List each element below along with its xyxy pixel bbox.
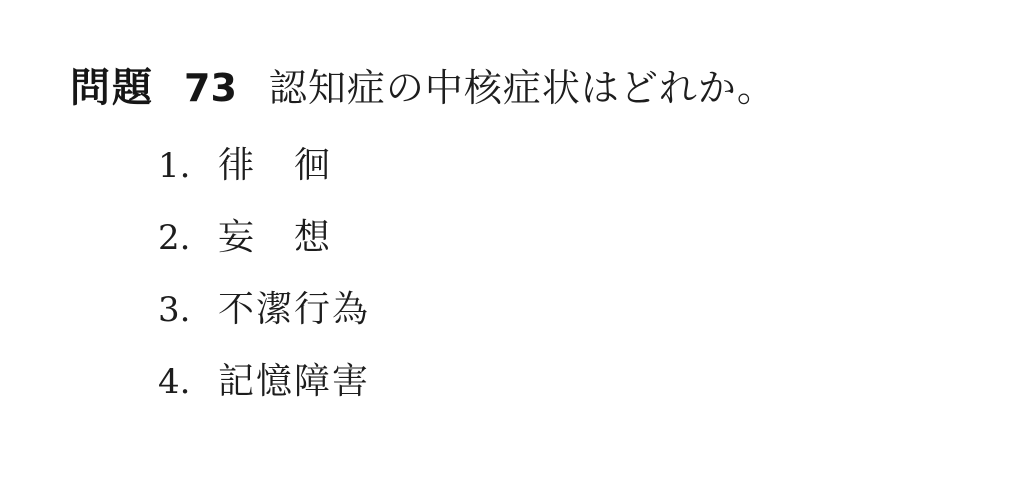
option-1: 1. 徘 徊	[158, 146, 332, 186]
option-3: 3. 不潔行為	[158, 290, 370, 330]
question-label: 問題	[70, 66, 154, 110]
question-number: 73	[184, 68, 237, 110]
option-4: 4. 記憶障害	[158, 362, 370, 402]
question-text: 認知症の中核症状はどれか。	[269, 68, 776, 110]
question-header: 問題 73 認知症の中核症状はどれか。	[70, 66, 776, 110]
option-1-number: 1.	[158, 148, 218, 185]
document-page: 問題 73 認知症の中核症状はどれか。 1. 徘 徊 2. 妄 想 3. 不潔行…	[0, 0, 1024, 503]
option-2-number: 2.	[158, 220, 218, 257]
option-1-text: 徘 徊	[218, 146, 332, 186]
option-2: 2. 妄 想	[158, 218, 332, 258]
option-4-text: 記憶障害	[218, 362, 370, 402]
option-3-text: 不潔行為	[218, 290, 370, 330]
option-3-number: 3.	[158, 292, 218, 329]
option-2-text: 妄 想	[218, 218, 332, 258]
option-4-number: 4.	[158, 364, 218, 401]
